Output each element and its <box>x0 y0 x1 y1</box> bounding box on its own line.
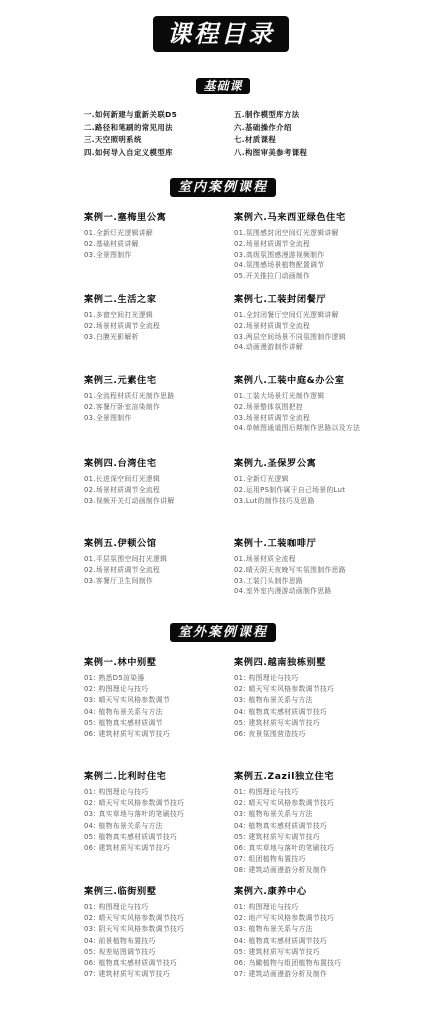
case-title: 案例四.台湾住宅 <box>84 457 244 471</box>
case-title: 案例一.林中别墅 <box>84 656 244 670</box>
case-item: 01.全新灯光逻辑讲解 <box>84 228 244 239</box>
case-title: 案例八.工装中庭&办公室 <box>234 374 394 388</box>
case-item: 02.基础材质讲解 <box>84 239 244 250</box>
case-item: 03: 植物布景关系与方法 <box>234 695 394 706</box>
case-title: 案例九.圣保罗公寓 <box>234 457 394 471</box>
case-item: 05: 植物真实感材质调节技巧 <box>84 832 244 843</box>
basic-list-left: 一.如何新建与重新关联D5 二.路径和笔刷的常见用法 三.天空照明系统 四.如何… <box>84 109 234 159</box>
outdoor-case-1: 案例一.林中别墅 01: 熟悉D5渲染器 02: 构图理论与技巧 03: 晴天写… <box>84 656 244 740</box>
list-item: 四.如何导入自定义模型库 <box>84 147 234 160</box>
list-item: 八.构图审美参考课程 <box>234 147 384 160</box>
section-label-basic: 基础课 <box>196 78 250 94</box>
case-item: 01: 构图理论与技巧 <box>84 902 244 913</box>
case-item: 06: 建筑材质写实调节技巧 <box>84 729 244 740</box>
case-item: 02: 晴天写实风格参数调节技巧 <box>234 684 394 695</box>
indoor-case-6: 案例六.马来西亚绿色住宅 01.氛围感封闭空间灯光逻辑讲解 02.场景材质调节全… <box>234 211 394 282</box>
case-title: 案例七.工装封闭餐厅 <box>234 293 394 307</box>
indoor-case-5: 案例五.伊顿公馆 01.平层氛围空间打光逻辑 02.场景材质调节全流程 03.客… <box>84 537 244 586</box>
case-item: 02.场景材质调节全流程 <box>84 321 244 332</box>
case-item: 04: 植物布景关系与方法 <box>84 821 244 832</box>
case-item: 07: 建筑动画漫游分析及制作 <box>234 969 394 980</box>
case-item: 04.动画漫游制作讲解 <box>234 342 394 353</box>
case-item: 04: 前景植物布置技巧 <box>84 936 244 947</box>
case-title: 案例十.工装咖啡厅 <box>234 537 394 551</box>
case-item: 02.客餐厅卧室渲染制作 <box>84 402 244 413</box>
case-item: 06: 建筑材质写实调节技巧 <box>84 843 244 854</box>
case-item: 04: 植物真实感材质调节技巧 <box>234 707 394 718</box>
case-title: 案例四.越南独栋别墅 <box>234 656 394 670</box>
section-label-outdoor: 室外案例课程 <box>170 623 276 642</box>
case-item: 04: 植物布景关系与方法 <box>84 707 244 718</box>
case-item: 02: 晴天写实风格参数调节技巧 <box>84 798 244 809</box>
list-item: 三.天空照明系统 <box>84 134 234 147</box>
indoor-case-1: 案例一.塞梅里公寓 01.全新灯光逻辑讲解 02.基础材质讲解 03.全景图制作 <box>84 211 244 260</box>
basic-list-right: 五.制作模型库方法 六.基础操作介绍 七.材质课程 八.构图审美参考课程 <box>234 109 384 159</box>
outdoor-case-3: 案例三.临街别墅 01: 构图理论与技巧 02: 晴天写实风格参数调节技巧 03… <box>84 885 244 980</box>
case-item: 01: 构图理论与技巧 <box>234 902 394 913</box>
case-item: 01.全封闭餐厅空间灯光逻辑讲解 <box>234 310 394 321</box>
case-item: 06: 真实草地与落叶的笔刷技巧 <box>234 843 394 854</box>
case-item: 03: 真实草地与落叶的笔刷技巧 <box>84 809 244 820</box>
case-title: 案例六.康养中心 <box>234 885 394 899</box>
case-item: 01.工装大场景灯光制作逻辑 <box>234 391 394 402</box>
case-item: 02.场景材质调节全流程 <box>234 321 394 332</box>
case-item: 04.氛围感场景植物配置调节 <box>234 260 394 271</box>
case-item: 01: 构图理论与技巧 <box>234 673 394 684</box>
case-item: 01.长进深空间灯光逻辑 <box>84 474 244 485</box>
case-item: 03.全景图制作 <box>84 250 244 261</box>
case-item: 03: 阴天写实风格参数调节技巧 <box>84 924 244 935</box>
case-item: 02: 晴天写实风格参数调节技巧 <box>84 913 244 924</box>
case-title: 案例三.临街别墅 <box>84 885 244 899</box>
case-item: 03: 植物布景关系与方法 <box>234 924 394 935</box>
case-item: 06: 鸟瞰植物与组团植物布置技巧 <box>234 958 394 969</box>
case-item: 05: 视差贴图调节技巧 <box>84 947 244 958</box>
case-title: 案例二.比利时住宅 <box>84 770 244 784</box>
case-item: 03.两层空间场景不同氛围制作逻辑 <box>234 332 394 343</box>
case-item: 02.运用PS制作属于自己场景的Lut <box>234 485 394 496</box>
case-item: 05: 建筑材质写实调节技巧 <box>234 718 394 729</box>
case-item: 03.视频开关灯动画制作讲解 <box>84 496 244 507</box>
case-title: 案例五.伊顿公馆 <box>84 537 244 551</box>
case-item: 07: 组团植物布置技巧 <box>234 854 394 865</box>
case-item: 07: 建筑材质写实调节技巧 <box>84 969 244 980</box>
case-title: 案例六.马来西亚绿色住宅 <box>234 211 394 225</box>
case-title: 案例五.Zazil独立住宅 <box>234 770 394 784</box>
case-item: 01.氛围感封闭空间灯光逻辑讲解 <box>234 228 394 239</box>
indoor-case-10: 案例十.工装咖啡厅 01.场景材质全流程 02.晴天阴天夜晚写实氛围制作思路 0… <box>234 537 394 597</box>
outdoor-case-4: 案例四.越南独栋别墅 01: 构图理论与技巧 02: 晴天写实风格参数调节技巧 … <box>234 656 394 740</box>
case-title: 案例三.元素住宅 <box>84 374 244 388</box>
indoor-case-8: 案例八.工装中庭&办公室 01.工装大场景灯光制作逻辑 02.场景整体氛围把控 … <box>234 374 394 434</box>
case-item: 03: 晴天写实风格参数调节 <box>84 695 244 706</box>
case-item: 02: 晴天写实风格参数调节技巧 <box>234 798 394 809</box>
case-item: 01.全流程材质灯光制作思路 <box>84 391 244 402</box>
case-item: 02.晴天阴天夜晚写实氛围制作思路 <box>234 565 394 576</box>
case-item: 03.白膜光影解析 <box>84 332 244 343</box>
case-item: 05: 建筑材质写实调节技巧 <box>234 947 394 958</box>
case-item: 06: 夜景氛围营造技巧 <box>234 729 394 740</box>
case-item: 03.场景材质调节全流程 <box>234 413 394 424</box>
case-item: 01.多窗空间打光逻辑 <box>84 310 244 321</box>
case-item: 05.开关推拉门动画制作 <box>234 271 394 282</box>
case-item: 05: 植物真实感材质调节 <box>84 718 244 729</box>
outdoor-case-5: 案例五.Zazil独立住宅 01: 构图理论与技巧 02: 晴天写实风格参数调节… <box>234 770 394 877</box>
outdoor-case-6: 案例六.康养中心 01: 构图理论与技巧 02: 地产写实风格参数调节技巧 03… <box>234 885 394 980</box>
case-item: 01.场景材质全流程 <box>234 554 394 565</box>
list-item: 一.如何新建与重新关联D5 <box>84 109 234 122</box>
indoor-case-2: 案例二.生活之家 01.多窗空间打光逻辑 02.场景材质调节全流程 03.白膜光… <box>84 293 244 342</box>
outdoor-case-2: 案例二.比利时住宅 01: 构图理论与技巧 02: 晴天写实风格参数调节技巧 0… <box>84 770 244 854</box>
case-item: 05: 建筑材质写实调节技巧 <box>234 832 394 843</box>
case-title: 案例二.生活之家 <box>84 293 244 307</box>
case-item: 02.场景材质调节全流程 <box>84 485 244 496</box>
case-title: 案例一.塞梅里公寓 <box>84 211 244 225</box>
indoor-case-3: 案例三.元素住宅 01.全流程材质灯光制作思路 02.客餐厅卧室渲染制作 03.… <box>84 374 244 423</box>
case-item: 04.单帧图通道图后期制作思路以及方法 <box>234 423 394 434</box>
case-item: 03.客餐厅卫生间制作 <box>84 576 244 587</box>
indoor-case-7: 案例七.工装封闭餐厅 01.全封闭餐厅空间灯光逻辑讲解 02.场景材质调节全流程… <box>234 293 394 353</box>
page-title: 课程目录 <box>153 16 289 52</box>
case-item: 08: 建筑动画漫游分析及制作 <box>234 865 394 876</box>
case-item: 03.全景图制作 <box>84 413 244 424</box>
case-item: 01: 熟悉D5渲染器 <box>84 673 244 684</box>
case-item: 03.Lut的制作技巧及思路 <box>234 496 394 507</box>
section-label-indoor: 室内案例课程 <box>170 178 276 197</box>
case-item: 02: 地产写实风格参数调节技巧 <box>234 913 394 924</box>
list-item: 二.路径和笔刷的常见用法 <box>84 122 234 135</box>
case-item: 03: 植物布景关系与方法 <box>234 809 394 820</box>
list-item: 六.基础操作介绍 <box>234 122 384 135</box>
list-item: 五.制作模型库方法 <box>234 109 384 122</box>
case-item: 06: 植物真实感材质调节技巧 <box>84 958 244 969</box>
case-item: 03.工装门头制作思路 <box>234 576 394 587</box>
indoor-case-9: 案例九.圣保罗公寓 01.全新灯光逻辑 02.运用PS制作属于自己场景的Lut … <box>234 457 394 506</box>
list-item: 七.材质课程 <box>234 134 384 147</box>
case-item: 01.全新灯光逻辑 <box>234 474 394 485</box>
case-item: 01: 构图理论与技巧 <box>84 787 244 798</box>
case-item: 03.高级氛围感漫游视频制作 <box>234 250 394 261</box>
case-item: 01.平层氛围空间打光逻辑 <box>84 554 244 565</box>
indoor-case-4: 案例四.台湾住宅 01.长进深空间灯光逻辑 02.场景材质调节全流程 03.视频… <box>84 457 244 506</box>
case-item: 04: 植物真实感材质调节技巧 <box>234 936 394 947</box>
case-item: 02.场景材质调节全流程 <box>84 565 244 576</box>
case-item: 02.场景材质调节全流程 <box>234 239 394 250</box>
case-item: 01: 构图理论与技巧 <box>234 787 394 798</box>
case-item: 02: 构图理论与技巧 <box>84 684 244 695</box>
case-item: 02.场景整体氛围把控 <box>234 402 394 413</box>
case-item: 04: 植物真实感材质调节技巧 <box>234 821 394 832</box>
case-item: 04.室外室内漫游动画制作思路 <box>234 586 394 597</box>
